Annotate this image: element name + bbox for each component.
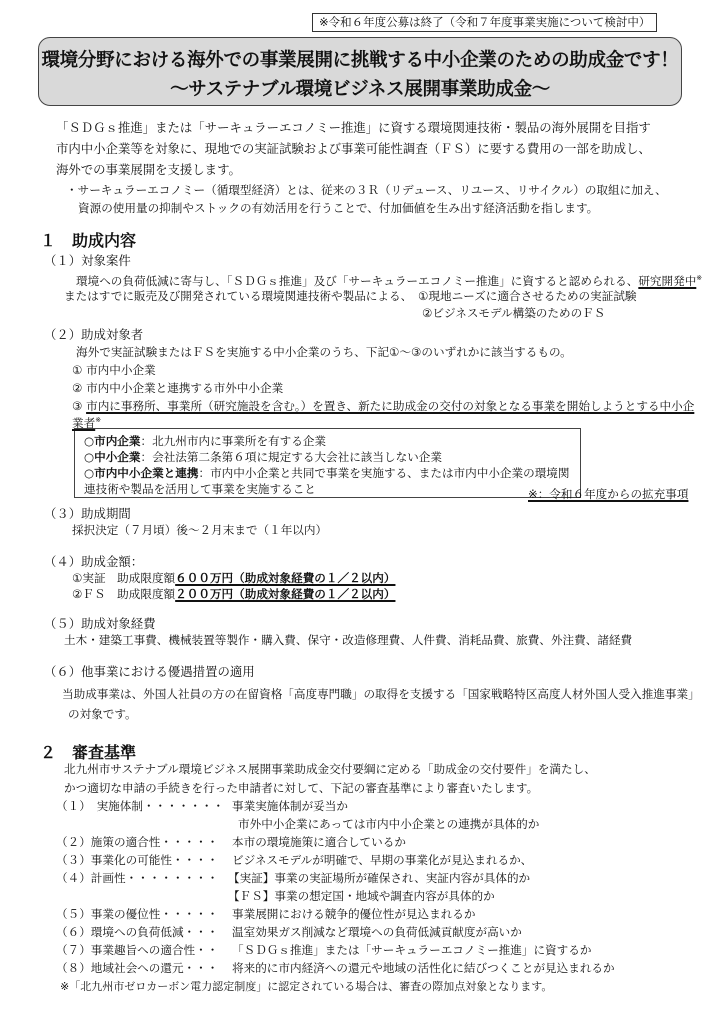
criteria-item: （８）地域社会への還元・・・将来的に市内経済への還元や地域の活性化に結びつくこと… — [56, 960, 615, 977]
subsection-heading: （２）助成対象者 — [44, 325, 143, 343]
definition-item: ○中小企業：会社法第二条第６項に規定する大会社に該当しない企業 — [84, 450, 442, 465]
criteria-item: （５）事業の優位性・・・・・事業展開における競争的優位性が見込まれるか — [56, 906, 475, 923]
criteria-item: 【ＦＳ】事業の想定国・地域や調査内容が具体的か — [56, 888, 495, 905]
criteria-item: （４）計画性・・・・・・・・【実証】事業の実証場所が確保され、実証内容が具体的か — [56, 870, 530, 887]
criteria-item: （２）施策の適合性・・・・・本市の環境施策に適合しているか — [56, 834, 406, 851]
subsection-heading: （１）対象案件 — [44, 251, 131, 269]
expansion-footnote: ※：令和６年度からの拡充事項 — [528, 486, 688, 503]
title-banner: 環境分野における海外での事業展開に挑戦する中小企業のための助成金です！ ～サステ… — [38, 37, 682, 106]
criteria-item: （６）環境への負荷低減・・・温室効果ガス削減など環境への負荷低減貢献度が高いか — [56, 924, 522, 941]
expenses-desc: 土木・建築工事費、機械装置等製作・購入費、保守・改造修理費、人件費、消耗品費、旅… — [64, 632, 632, 649]
target-desc-line: 環境への負荷低減に寄与し、「ＳＤＧｓ推進」及び「サーキュラーエコノミー推進」に資… — [76, 270, 702, 290]
eligible-item-cont: 業者※ — [72, 412, 101, 432]
eligible-item: ① 市内中小企業 — [72, 362, 156, 379]
criteria-note: ※「北九州市ゼロカーボン電力認定制度」に認定されている場合は、審査の際加点対象と… — [60, 978, 552, 995]
subsection-heading: （３）助成期間 — [44, 504, 131, 522]
section-heading-2: ２ 審査基準 — [40, 740, 136, 763]
target-item: ②ビジネスモデル構築のためのＦＳ — [422, 305, 605, 322]
subsection-heading: （５）助成対象経費 — [44, 614, 156, 632]
eligible-item: ③ 市内に事務所、事業所（研究施設を含む。）を置き、新たに助成金の交付の対象とな… — [72, 398, 694, 415]
eligible-desc: 海外で実証試験またはＦＳを実施する中小企業のうち、下記①～③のいずれかに該当する… — [76, 344, 572, 361]
criteria-item: （７）事業趣旨への適合性・・「ＳＤＧｓ推進」または「サーキュラーエコノミー推進」… — [56, 942, 591, 959]
status-notice: ※令和６年度公募は終了（令和７年度事業実施について検討中） — [312, 13, 657, 32]
definition-item: ○市内企業：北九州市内に事業所を有する企業 — [84, 434, 326, 449]
definition-item: 連技術や製品を活用して事業を実施すること — [84, 482, 316, 497]
page-title: 環境分野における海外での事業展開に挑戦する中小企業のための助成金です！ — [39, 46, 681, 72]
preferential-desc: の対象です。 — [68, 706, 137, 723]
intro-note: 資源の使用量の抑制やストックの有効活用を行うことで、付加価値を生み出す経済活動を… — [78, 200, 598, 217]
target-desc-line: またはすでに販売及び開発されている環境関連技術や製品による、 — [64, 288, 412, 305]
intro-line: 市内中小企業等を対象に、現地での実証試験および事業可能性調査（ＦＳ）に要する費用… — [56, 139, 651, 158]
criteria-intro: かつ適切な申請の手続きを行った申請者に対して、下記の審査基準により審査いたします… — [64, 780, 538, 797]
section-heading-1: １ 助成内容 — [40, 228, 136, 251]
amount-item: ②ＦＳ 助成限度額２００万円（助成対象経費の１／２以内） — [72, 586, 395, 603]
page-subtitle: ～サステナブル環境ビジネス展開事業助成金～ — [39, 75, 681, 101]
intro-note: ・サーキュラーエコノミー（循環型経済）とは、従来の３Ｒ（リデュース、リユース、リ… — [66, 182, 667, 199]
criteria-item: （１） 実施体制・・・・・・・事業実施体制が妥当か — [56, 798, 348, 815]
amount-item: ①実証 助成限度額６００万円（助成対象経費の１／２以内） — [72, 570, 395, 587]
subsection-heading: （４）助成金額： — [44, 552, 143, 570]
intro-line: 「ＳＤＧｓ推進」または「サーキュラーエコノミー推進」に資する環境関連技術・製品の… — [56, 118, 651, 137]
research-underlined: 研究開発中 — [638, 274, 696, 288]
definition-item: ○市内中小企業と連携：市内中小企業と共同で事業を実施する、または市内中小企業の環… — [84, 466, 569, 481]
preferential-desc: 当助成事業は、外国人社員の方の在留資格「高度専門職」の取得を支援する「国家戦略特… — [62, 686, 700, 703]
criteria-item: （３）事業化の可能性・・・・ビジネスモデルが明確で、早期の事業化が見込まれるか、 — [56, 852, 532, 869]
period-desc: 採択決定（７月頃）後～２月末まで（１年以内） — [72, 522, 327, 539]
target-item: ①現地ニーズに適合させるための実証試験 — [418, 288, 637, 305]
criteria-item: 市外中小企業にあっては市内中小企業との連携が具体的か — [56, 816, 539, 833]
intro-line: 海外での事業展開を支援します。 — [56, 160, 241, 179]
eligible-item: ② 市内中小企業と連携する市外中小企業 — [72, 380, 283, 397]
subsection-heading: （６）他事業における優遇措置の適用 — [44, 662, 255, 680]
definitions-box: ○市内企業：北九州市内に事業所を有する企業 ○中小企業：会社法第二条第６項に規定… — [74, 428, 581, 498]
criteria-intro: 北九州市サステナブル環境ビジネス展開事業助成金交付要綱に定める「助成金の交付要件… — [64, 761, 596, 778]
